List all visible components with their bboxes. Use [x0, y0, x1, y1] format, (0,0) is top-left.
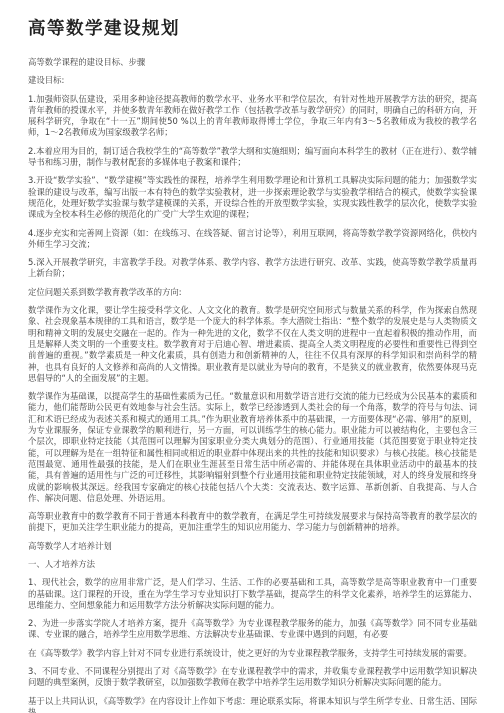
paragraph-goal-2: 2.本着应用为目的，制订适合我校学生的“高等数学”教学大纲和实施细则；编写面向本… [28, 146, 477, 169]
paragraph-vocational-math: 高等职业教育中的数学教育不同于普通本科教育中的数学教育，在满足学生可持续发展要求… [28, 511, 477, 534]
paragraph-method-3: 3、不同专业、不同课程分别提出了对《高等数学》在专业课程教学中的需求，并收集专业… [28, 666, 477, 689]
paragraph-goal-4: 4.逐步充实和完善网上资源（如：在线练习、在线答疑、留言讨论等），利用互联网，将… [28, 228, 477, 251]
paragraph-talent-plan-heading: 高等数学人才培养计划 [28, 541, 477, 552]
paragraph-basic-course: 数学课作为基础课，以提高学生的基础性素质为己任。“数量意识和用数学语言进行交流的… [28, 391, 477, 504]
paragraph-method-2-cont: 在《高等数学》教学内容上针对不同专业进行系统设计，使之更好的为专业课程教学服务，… [28, 648, 477, 659]
paragraph-goal-3: 3.开设“数学实验”、“数学建模”等实践性的课程，培养学生利用数学理论和计算机工… [28, 175, 477, 220]
paragraph-culture-course: 数学课作为文化课，要让学生接受科学文化、人文文化的教育。数学是研究空间形式与数量… [28, 305, 477, 384]
paragraph-subtitle: 高等数学课程的建设目标、步骤 [28, 57, 477, 68]
paragraph-goals-label: 建设目标: [28, 75, 477, 86]
paragraph-method-heading: 一、人才培养方法 [28, 559, 477, 570]
paragraph-method-1: 1、现代社会，数学的应用非常广泛，是人们学习、生活、工作的必要基础和工具，高等数… [28, 577, 477, 611]
paragraph-goal-1: 1.加强师资队伍建设，采用多种途径提高教师的数学水平、业务水平和学位层次，有针对… [28, 94, 477, 139]
document-page: 高等数学建设规划 高等数学课程的建设目标、步骤 建设目标: 1.加强师资队伍建设… [0, 0, 504, 713]
paragraph-goal-5: 5.深入开展教学研究，丰富教学手段。对教学体系、教学内容、教学方法进行研究、改革… [28, 257, 477, 280]
document-title: 高等数学建设规划 [28, 16, 477, 42]
paragraph-method-2: 2、为进一步落实学院人才培养方案，提升《高等数学》为专业课程教学服务的能力，加强… [28, 618, 477, 641]
paragraph-positioning-label: 定位问题关系到数学教育教学改革的方向: [28, 287, 477, 298]
paragraph-conclusion: 基于以上共同认识，《高等数学》在内容设计上作如下考虑：理论联系实际，将课本知识与… [28, 696, 477, 713]
